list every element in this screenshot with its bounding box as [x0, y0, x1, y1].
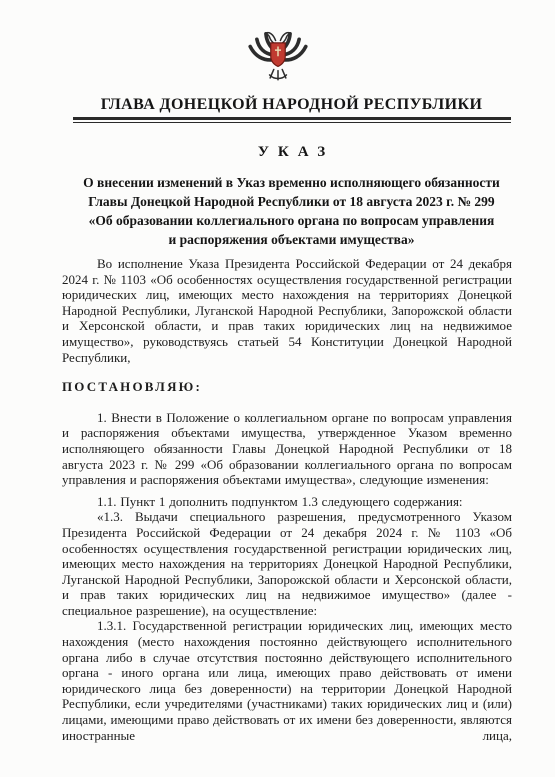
- decree-document-page: ГЛАВА ДОНЕЦКОЙ НАРОДНОЙ РЕСПУБЛИКИ УКАЗ …: [0, 0, 555, 777]
- subject-line-4: и распоряжения объектами имущества»: [14, 230, 555, 249]
- clause-1-3-1: 1.3.1. Государственной регистрации юриди…: [62, 618, 512, 743]
- subject-line-1: О внесении изменений в Указ временно исп…: [14, 173, 555, 192]
- letterhead: ГЛАВА ДОНЕЦКОЙ НАРОДНОЙ РЕСПУБЛИКИ УКАЗ …: [14, 96, 555, 249]
- subject-line-3: «Об образовании коллегиального органа по…: [14, 211, 555, 230]
- preamble-paragraph: Во исполнение Указа Президента Российско…: [62, 256, 512, 365]
- document-body: Во исполнение Указа Президента Российско…: [62, 256, 512, 743]
- letterhead-divider: [73, 117, 511, 123]
- document-type-heading: УКАЗ: [14, 144, 555, 161]
- document-subject: О внесении изменений в Указ временно исп…: [14, 173, 555, 249]
- clause-1-1: 1.1. Пункт 1 дополнить подпунктом 1.3 сл…: [62, 494, 512, 510]
- resolution-heading: ПОСТАНОВЛЯЮ:: [62, 379, 512, 395]
- dpr-coat-of-arms-icon: [0, 0, 555, 90]
- issuing-authority-title: ГЛАВА ДОНЕЦКОЙ НАРОДНОЙ РЕСПУБЛИКИ: [14, 96, 555, 114]
- clause-1: 1. Внести в Положение о коллегиальном ор…: [62, 410, 512, 488]
- subject-line-2: Главы Донецкой Народной Республики от 18…: [14, 192, 555, 211]
- clause-1-3: «1.3. Выдачи специального разрешения, пр…: [62, 509, 512, 618]
